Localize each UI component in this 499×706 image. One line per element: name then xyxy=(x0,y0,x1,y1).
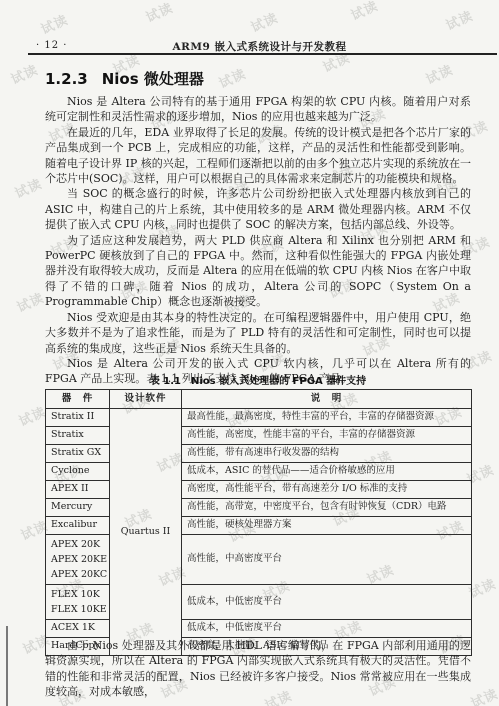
device-line: FLEX 10KE xyxy=(51,602,104,617)
device-cell: APEX 20K APEX 20KE APEX 20KC xyxy=(46,535,110,585)
paragraph: 在最近的几年，EDA 业界取得了长足的发展。传统的设计模式是把各个芯片厂家的产品… xyxy=(45,125,471,187)
device-line: APEX 20KE xyxy=(51,552,104,567)
description-cell: 高性能，高带宽，中密度平台，包含有时钟恢复（CDR）电路 xyxy=(182,499,472,517)
paragraph: 当 SOC 的概念盛行的时候，许多芯片公司纷纷把嵌入式处理器内核放到自己的 AS… xyxy=(45,186,471,232)
table-row: Stratix GX 高性能，带有高速串行收发器的结构 xyxy=(46,445,472,463)
fpga-support-table: 器 件 设计软件 说 明 Stratix II Quartus II 最高性能，… xyxy=(45,389,472,656)
device-cell: Cyclone xyxy=(46,463,110,481)
paragraph: Nios 受欢迎是由其本身的特性决定的。在可编程逻辑器件中，用户使用 CPU，绝… xyxy=(45,310,471,356)
header-title: ARM9 嵌入式系统设计与开发教程 xyxy=(28,39,491,54)
body-text: Nios 是 Altera 公司特有的基于通用 FPGA 构架的软 CPU 内核… xyxy=(45,94,471,387)
section-title: Nios 微处理器 xyxy=(102,70,204,88)
device-cell: APEX II xyxy=(46,481,110,499)
description-cell: 低成本，中低密度平台 xyxy=(182,620,472,638)
description-cell: 高密度，高性能平台，带有高速差分 I/O 标准的支持 xyxy=(182,481,472,499)
paragraph: 由于 Nios 处理器及其外设都是用 HDL 语言编写的，在 FPGA 内部利用… xyxy=(45,638,471,700)
paragraph: Nios 是 Altera 公司特有的基于通用 FPGA 构架的软 CPU 内核… xyxy=(45,94,471,125)
table-caption: 表 1.1 Nios 嵌入式处理器的 FPGA 器件支持 xyxy=(45,372,471,387)
header-rule xyxy=(28,53,497,55)
running-header: · 12 · ARM9 嵌入式系统设计与开发教程 xyxy=(28,38,491,54)
paragraph: 为了适应这种发展趋势，两大 PLD 供应商 Altera 和 Xilinx 也分… xyxy=(45,233,471,310)
table-row: Excalibur 高性能，硬核处理器方案 xyxy=(46,517,472,535)
description-cell: 高性能，高密度，性能丰富的平台，丰富的存储器资源 xyxy=(182,427,472,445)
table-row: Mercury 高性能，高带宽，中密度平台，包含有时钟恢复（CDR）电路 xyxy=(46,499,472,517)
section-heading: 1.2.3Nios 微处理器 xyxy=(45,68,469,89)
description-cell: 低成本，ASIC 的替代品——适合价格敏感的应用 xyxy=(182,463,472,481)
table-header-row: 器 件 设计软件 说 明 xyxy=(46,390,472,409)
table-row: Cyclone 低成本，ASIC 的替代品——适合价格敏感的应用 xyxy=(46,463,472,481)
device-cell: Stratix II xyxy=(46,409,110,427)
device-cell: Mercury xyxy=(46,499,110,517)
column-header-device: 器 件 xyxy=(46,390,110,409)
device-cell: ACEX 1K xyxy=(46,620,110,638)
device-cell: Excalibur xyxy=(46,517,110,535)
table-row: APEX 20K APEX 20KE APEX 20KC 高性能，中高密度平台 xyxy=(46,535,472,585)
device-cell: FLEX 10K FLEX 10KE xyxy=(46,585,110,620)
description-cell: 最高性能，最高密度，特性丰富的平台，丰富的存储器资源 xyxy=(182,409,472,427)
description-cell: 高性能，中高密度平台 xyxy=(182,535,472,585)
table-row: Stratix II Quartus II 最高性能，最高密度，特性丰富的平台，… xyxy=(46,409,472,427)
table-row: APEX II 高密度，高性能平台，带有高速差分 I/O 标准的支持 xyxy=(46,481,472,499)
closing-text: 由于 Nios 处理器及其外设都是用 HDL 语言编写的，在 FPGA 内部利用… xyxy=(45,638,471,700)
device-line: APEX 20KC xyxy=(51,567,104,582)
column-header-description: 说 明 xyxy=(182,390,472,409)
description-cell: 高性能，带有高速串行收发器的结构 xyxy=(182,445,472,463)
column-header-software: 设计软件 xyxy=(110,390,182,409)
device-cell: Stratix xyxy=(46,427,110,445)
device-line: APEX 20K xyxy=(51,537,104,552)
description-cell: 低成本，中低密度平台 xyxy=(182,585,472,620)
scan-artifact-line xyxy=(6,626,8,706)
section-number: 1.2.3 xyxy=(45,70,88,88)
document-page: · 12 · ARM9 嵌入式系统设计与开发教程 1.2.3Nios 微处理器 … xyxy=(0,0,499,706)
table-row: FLEX 10K FLEX 10KE 低成本，中低密度平台 xyxy=(46,585,472,620)
device-line: FLEX 10K xyxy=(51,587,104,602)
description-cell: 高性能，硬核处理器方案 xyxy=(182,517,472,535)
table-row: Stratix 高性能，高密度，性能丰富的平台，丰富的存储器资源 xyxy=(46,427,472,445)
table-row: ACEX 1K 低成本，中低密度平台 xyxy=(46,620,472,638)
software-cell: Quartus II xyxy=(110,409,182,656)
device-cell: Stratix GX xyxy=(46,445,110,463)
